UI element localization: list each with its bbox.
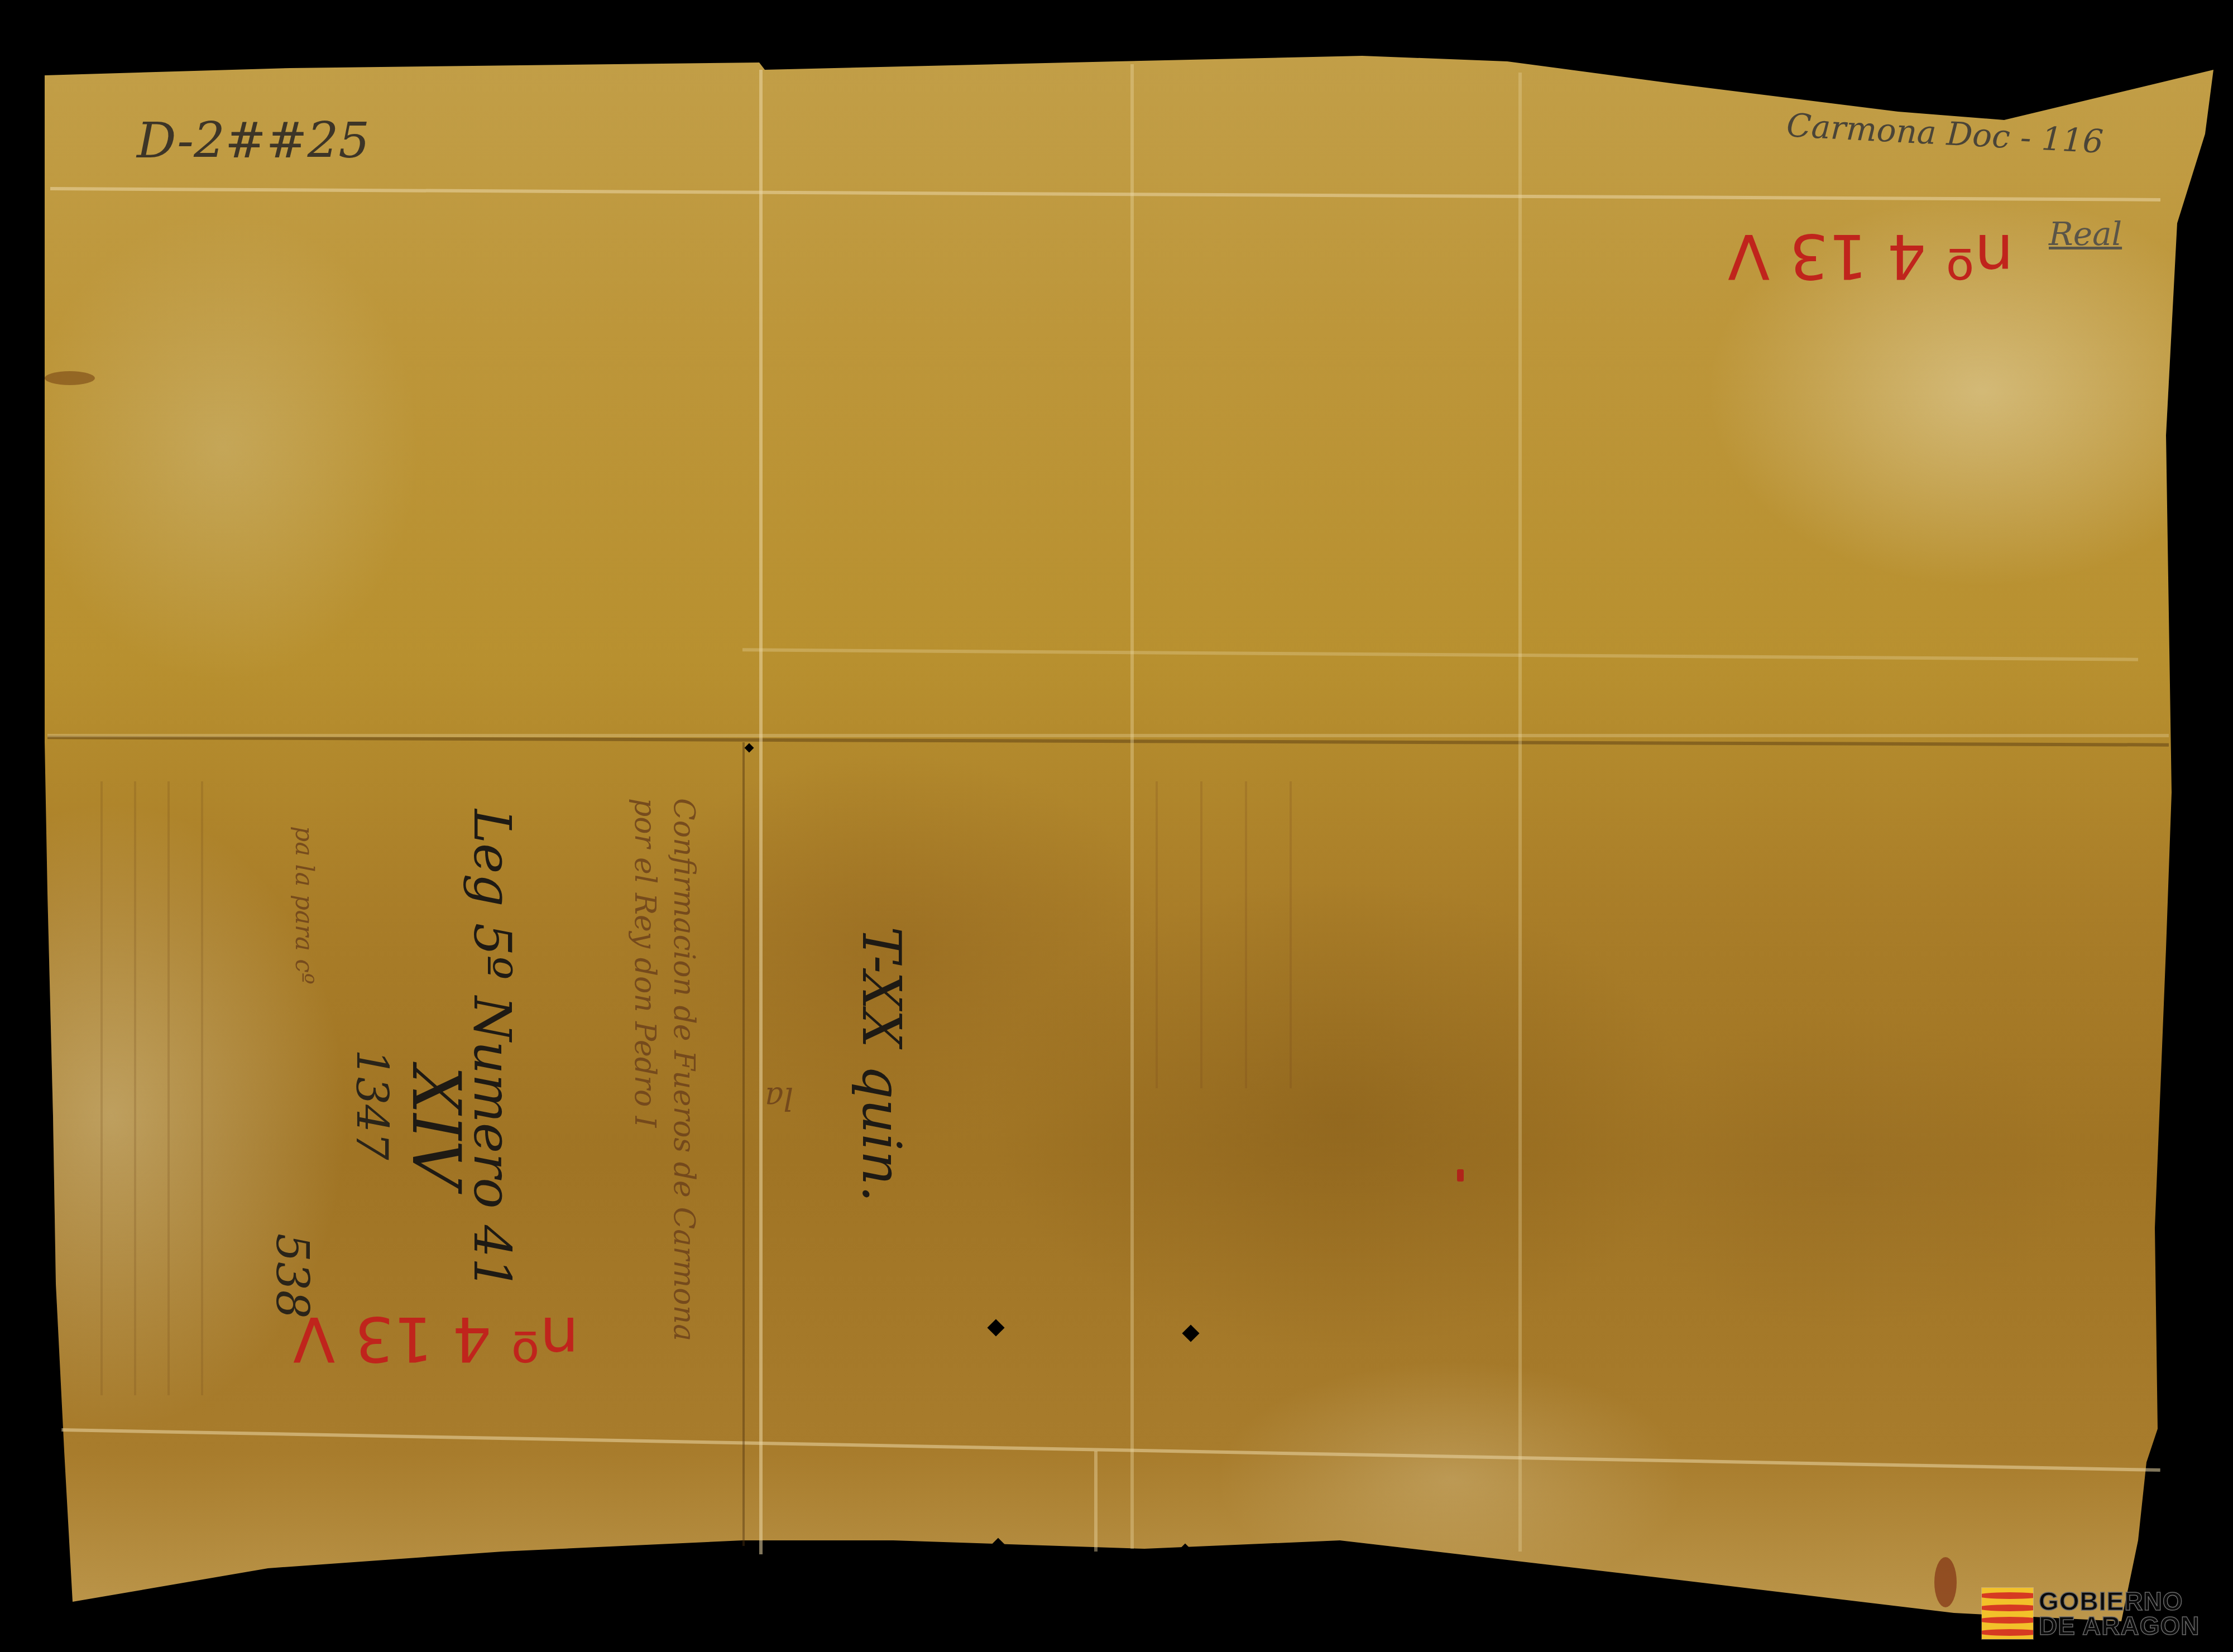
small-mark: la xyxy=(765,1080,793,1116)
legajo-note: Leg 5º Numero 41 xyxy=(462,809,522,1290)
reference-top-left: D-2##25 xyxy=(137,112,370,169)
confirmation-note-line1: Confirmacion de Fueros de Carmona xyxy=(667,798,701,1341)
logo-line1: GOBIERNO xyxy=(2039,1589,2200,1613)
red-mark-bottom: nº 4 13 V xyxy=(293,1303,579,1375)
fold-line-v1 xyxy=(759,70,763,1554)
logo-line2: DE ARAGON xyxy=(2039,1613,2200,1638)
stain-left xyxy=(45,371,95,385)
fold-line-v4 xyxy=(1094,1451,1098,1552)
margin-note: pa la para cº xyxy=(290,826,318,985)
year-note: 1347 xyxy=(346,1049,396,1160)
medieval-script-left xyxy=(84,781,212,1395)
medieval-script-right xyxy=(1133,781,1301,1088)
document-viewer: D-2##25 Carmona Doc - 116 Real nº 4 13 V… xyxy=(0,0,2233,1652)
fold-line-middle-light xyxy=(47,734,2169,737)
red-dot xyxy=(1457,1169,1464,1182)
central-signature: T-XX quin. xyxy=(850,926,913,1202)
red-mark-top: nº 4 13 V xyxy=(1728,220,2014,292)
gobierno-de-aragon-logo: GOBIERNO DE ARAGON xyxy=(1982,1588,2200,1639)
fold-line-v3 xyxy=(1518,73,1522,1552)
confirmation-note-line2: por el Rey don Pedro I xyxy=(628,798,662,1127)
stain-bottom-right xyxy=(1934,1557,1957,1607)
aragon-flag-icon xyxy=(1982,1588,2033,1639)
label-real: Real xyxy=(2049,215,2122,253)
fold-line-v1-dark xyxy=(742,742,745,1546)
roman-numeral: XIV xyxy=(397,1066,475,1189)
